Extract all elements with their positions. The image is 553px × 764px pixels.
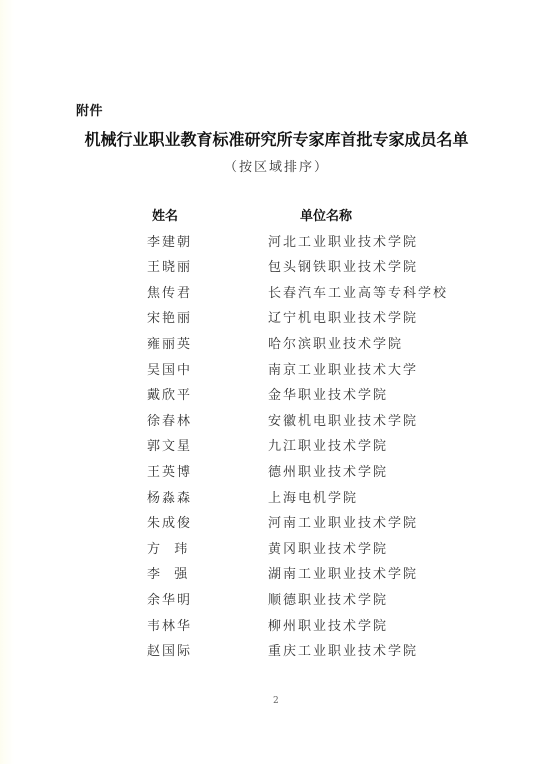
expert-unit: 湖南工业职业技术学院: [268, 563, 418, 582]
expert-name: 赵国际: [147, 640, 192, 659]
document-subtitle: （按区域排序）: [0, 156, 553, 175]
table-row: 雍丽英 哈尔滨职业技术学院: [0, 333, 553, 359]
expert-name: 杨淼森: [147, 487, 192, 506]
column-header-unit: 单位名称: [300, 205, 352, 224]
expert-name: 戴欣平: [147, 384, 192, 403]
expert-name: 徐春林: [147, 410, 192, 429]
table-row: 宋艳丽 辽宁机电职业技术学院: [0, 307, 553, 333]
expert-unit: 德州职业技术学院: [268, 461, 388, 480]
table-row: 韦林华 柳州职业技术学院: [0, 615, 553, 641]
expert-unit: 安徽机电职业技术学院: [268, 410, 418, 429]
table-row: 戴欣平 金华职业技术学院: [0, 384, 553, 410]
column-header-name: 姓名: [152, 205, 178, 224]
table-row: 方 玮 黄冈职业技术学院: [0, 538, 553, 564]
expert-unit: 河北工业职业技术学院: [268, 231, 418, 250]
table-row: 杨淼森 上海电机学院: [0, 487, 553, 513]
expert-name: 王晓丽: [147, 256, 192, 275]
expert-unit: 重庆工业职业技术学院: [268, 640, 418, 659]
expert-unit: 上海电机学院: [268, 487, 358, 506]
page-number: 2: [273, 696, 279, 706]
expert-unit: 黄冈职业技术学院: [268, 538, 388, 557]
table-row: 王晓丽 包头钢铁职业技术学院: [0, 256, 553, 282]
expert-unit: 河南工业职业技术学院: [268, 512, 418, 531]
table-row: 李建朝 河北工业职业技术学院: [0, 231, 553, 257]
expert-name: 方 玮: [147, 538, 189, 557]
expert-unit: 包头钢铁职业技术学院: [268, 256, 418, 275]
expert-unit: 柳州职业技术学院: [268, 615, 388, 634]
table-row: 李 强 湖南工业职业技术学院: [0, 563, 553, 589]
expert-name: 李 强: [147, 563, 189, 582]
expert-name: 雍丽英: [147, 333, 192, 352]
expert-name: 余华明: [147, 589, 192, 608]
expert-name: 吴国中: [147, 359, 192, 378]
table-row: 朱成俊 河南工业职业技术学院: [0, 512, 553, 538]
expert-unit: 顺德职业技术学院: [268, 589, 388, 608]
expert-unit: 九江职业技术学院: [268, 435, 388, 454]
expert-name: 郭文星: [147, 435, 192, 454]
expert-unit: 南京工业职业技术大学: [268, 359, 418, 378]
table-row: 郭文星 九江职业技术学院: [0, 435, 553, 461]
table-row: 余华明 顺德职业技术学院: [0, 589, 553, 615]
expert-name: 朱成俊: [147, 512, 192, 531]
expert-unit: 辽宁机电职业技术学院: [268, 307, 418, 326]
attachment-label: 附件: [76, 100, 103, 119]
expert-name: 焦传君: [147, 282, 192, 301]
expert-name: 李建朝: [147, 231, 192, 250]
document-page: 附件 机械行业职业教育标准研究所专家库首批专家成员名单 （按区域排序） 姓名 单…: [0, 0, 553, 764]
table-row: 王英博 德州职业技术学院: [0, 461, 553, 487]
table-row: 吴国中 南京工业职业技术大学: [0, 359, 553, 385]
table-header-row: 姓名 单位名称: [0, 205, 553, 231]
expert-unit: 长春汽车工业高等专科学校: [268, 282, 448, 301]
document-title: 机械行业职业教育标准研究所专家库首批专家成员名单: [0, 127, 553, 150]
expert-name: 王英博: [147, 461, 192, 480]
table-row: 焦传君 长春汽车工业高等专科学校: [0, 282, 553, 308]
table-row: 徐春林 安徽机电职业技术学院: [0, 410, 553, 436]
table-row: 赵国际 重庆工业职业技术学院: [0, 640, 553, 666]
expert-list-table: 姓名 单位名称 李建朝 河北工业职业技术学院 王晓丽 包头钢铁职业技术学院 焦传…: [0, 205, 553, 666]
expert-name: 韦林华: [147, 615, 192, 634]
expert-unit: 哈尔滨职业技术学院: [268, 333, 403, 352]
expert-unit: 金华职业技术学院: [268, 384, 388, 403]
expert-name: 宋艳丽: [147, 307, 192, 326]
